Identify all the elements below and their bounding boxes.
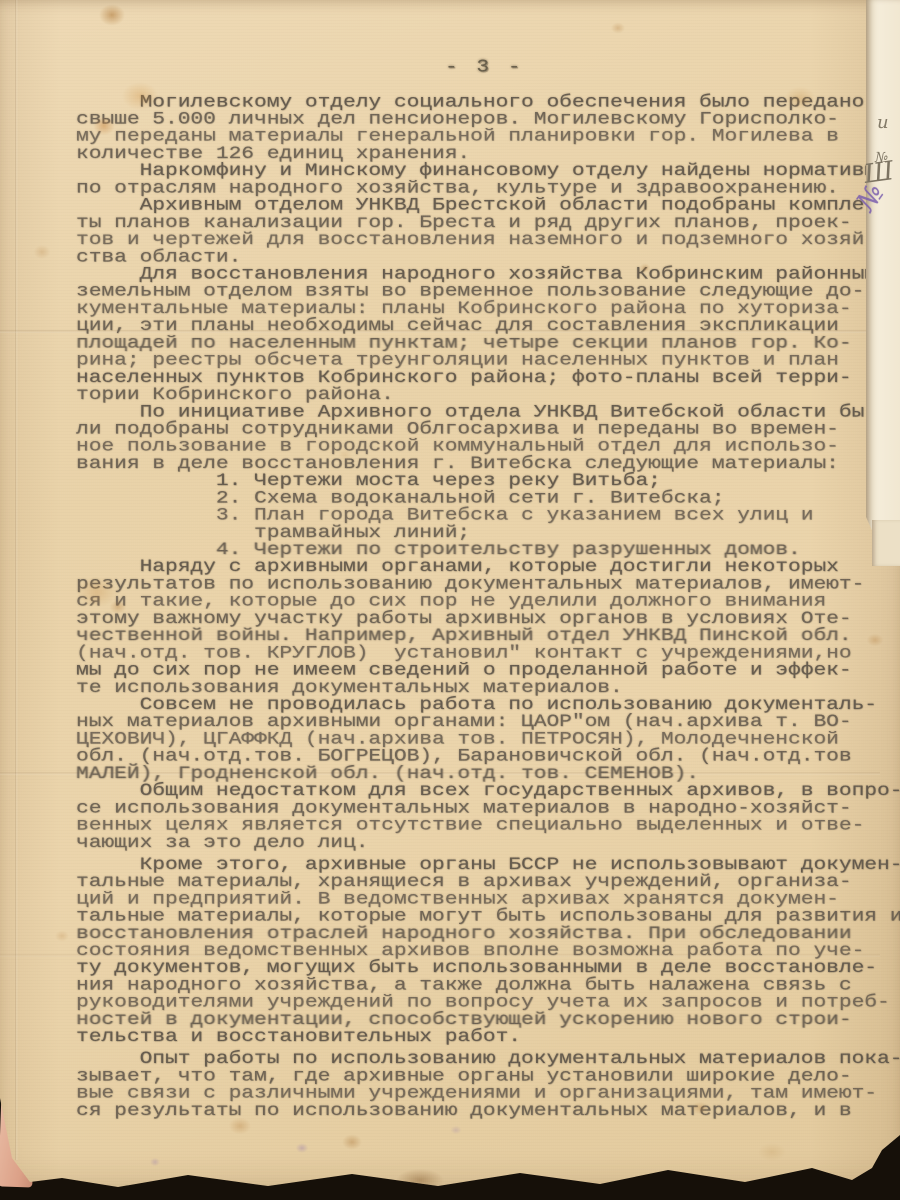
adjacent-page-edge: ы з Сп	[866, 0, 900, 562]
text-body: Могилевскому отделу социального обеспече…	[76, 94, 900, 1120]
paragraph: Архивным отделом УНКВД Брестской области…	[76, 197, 900, 266]
adjacent-page-edge-lower	[872, 520, 900, 566]
paragraph: Опыт работы по использованию документаль…	[76, 1051, 900, 1120]
pencil-note-letter: и	[877, 112, 889, 133]
page-number: - 3 -	[445, 57, 524, 77]
text-line: ся результаты по использованию документа…	[76, 1103, 900, 1120]
paragraph: Могилевскому отделу социального обеспече…	[76, 94, 900, 163]
document-page: - 3 - Могилевскому отделу социального об…	[0, 0, 900, 1200]
paragraph: Общим недостатком для всех государственн…	[76, 783, 900, 852]
paragraph: 1. Чертежи моста через реку Витьба; 2. С…	[76, 473, 900, 559]
fold-crease-vertical	[15, 0, 18, 1160]
text-line: тельства и восстановительных работ.	[76, 1029, 900, 1046]
paragraph: Наряду с архивными органами, которые дос…	[76, 559, 900, 697]
text-line: чающих за это дело лиц.	[76, 834, 900, 851]
document-scan: - 3 - Могилевскому отделу социального об…	[0, 0, 900, 1200]
paragraph: Наркомфину и Минскому финансовому отделу…	[76, 163, 900, 197]
paragraph: Совсем не проводилась работа по использо…	[76, 697, 900, 783]
paragraph: Кроме этого, архивные органы БССР не исп…	[76, 857, 900, 1046]
paragraph: Для восстановления народного хозяйства К…	[76, 266, 900, 404]
paragraph: По инициативе Архивного отдела УНКВД Вит…	[76, 404, 900, 473]
